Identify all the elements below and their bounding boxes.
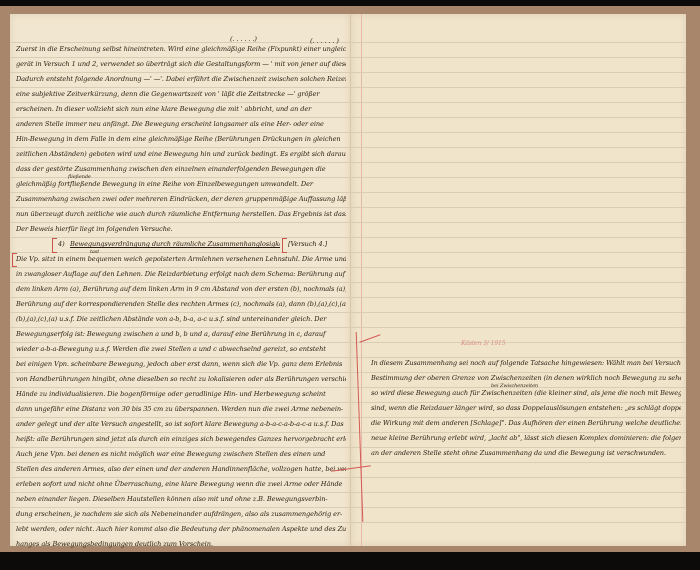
text-line: zeitlichen Abständen) geboten wird und e… [16,149,346,159]
text-line: gleichmäßig fortfließende Bewegung in ei… [16,179,346,189]
text-line: an der anderen Stelle steht ohne Zusamme… [371,448,681,458]
text-line: gerät in Versuch 1 und 2, verwendet so ü… [16,59,346,69]
red-bracket [52,238,57,253]
text-line: sind, wenn die Reizdauer länger wird, so… [371,403,681,413]
text-line: In diesem Zusammenhang sei noch auf folg… [371,358,681,368]
text-line: (b),(a),(c),(a) u.s.f. Die zeitlichen Ab… [16,314,346,324]
text-line: dass der gestörte Zusammenhang zwischen … [16,164,346,174]
left-page: (. . . . . .) (. . . . . . ) Zuerst in d… [10,14,350,546]
text-line: lebt werden, oder nicht. Auch hier kommt… [16,524,346,534]
text-line: nun überzeugt durch zeitliche wie auch d… [16,209,346,219]
top-annotation: (. . . . . .) [230,34,257,44]
text-line: dung erscheinen, je nachdem sie sich als… [16,509,346,519]
text-line: dann ungefähr eine Distanz von 30 bis 35… [16,404,346,414]
right-page: Kästen 3/ 1915 In diesem Zusammenhang se… [350,14,686,546]
red-bracket [282,238,287,253]
text-line: Bewegungserfolg ist: Bewegung zwischen a… [16,329,346,339]
section-note: [Versuch 4.] [288,239,327,249]
text-line: eine subjektive Zeitverkürzung, denn die… [16,89,346,99]
manuscript-board: (. . . . . .) (. . . . . . ) Zuerst in d… [0,6,700,552]
text-line: die Wirkung mit dem anderen [Schlage]". … [371,418,681,428]
text-line: Der Beweis hierfür liegt im folgenden Ve… [16,224,346,234]
text-line: Stellen des anderen Armes, also der eine… [16,464,346,474]
text-line: so wird diese Bewegung auch für Zwischen… [371,388,681,398]
text-line: anderen Stelle immer neu anfängt. Die Be… [16,119,346,129]
text-line: Hin-Bewegung in dem Falle in dem eine gl… [16,134,346,144]
text-line: in zwangloser Auflage auf den Lehnen. Di… [16,269,346,279]
text-line: neben einander liegen. Dieselben Hautste… [16,494,346,504]
text-line: hanges als Bewegungsbedingungen deutlich… [16,539,346,549]
text-line: wieder a-b-a-Bewegung u.s.f. Werden die … [16,344,346,354]
text-line: Zuerst in die Erscheinung selbst hineint… [16,44,346,54]
text-line: dem linken Arm (a), Berührung auf dem li… [16,284,346,294]
text-line: von Handberührungen hingibt, ohne diesel… [16,374,346,384]
text-line: Berührung auf der korrespondierenden Ste… [16,299,346,309]
text-line: Hände zu individualisieren. Die bogenför… [16,389,346,399]
text-line: Auch jene Vpn. bei denen es nicht möglic… [16,449,346,459]
text-line: Zusammenhang zwischen zwei oder mehreren… [16,194,346,204]
text-line: Die Vp. sitzt in einem bequemen weich ge… [16,254,346,264]
text-line: erleben sofort und nicht ohne Überraschu… [16,479,346,489]
text-line: ander gelegt und der alte Versuch angest… [16,419,346,429]
red-insertion-line [356,332,364,522]
date-note: Kästen 3/ 1915 [461,339,506,349]
text-line: bei einigen Vpn. scheinbare Bewegung, je… [16,359,346,369]
text-line: neue kleine Berührung erlebt wird, „lach… [371,433,681,443]
text-line: heißt: alle Berührungen sind jetzt als d… [16,434,346,444]
text-line: erscheinen. In dieser vollzieht sich nun… [16,104,346,114]
section-number: 4) [58,239,65,249]
text-line: Dadurch entsteht folgende Anordnung —' —… [16,74,346,84]
section-heading: Bewegungsverdrängung durch räumliche Zus… [70,239,280,249]
